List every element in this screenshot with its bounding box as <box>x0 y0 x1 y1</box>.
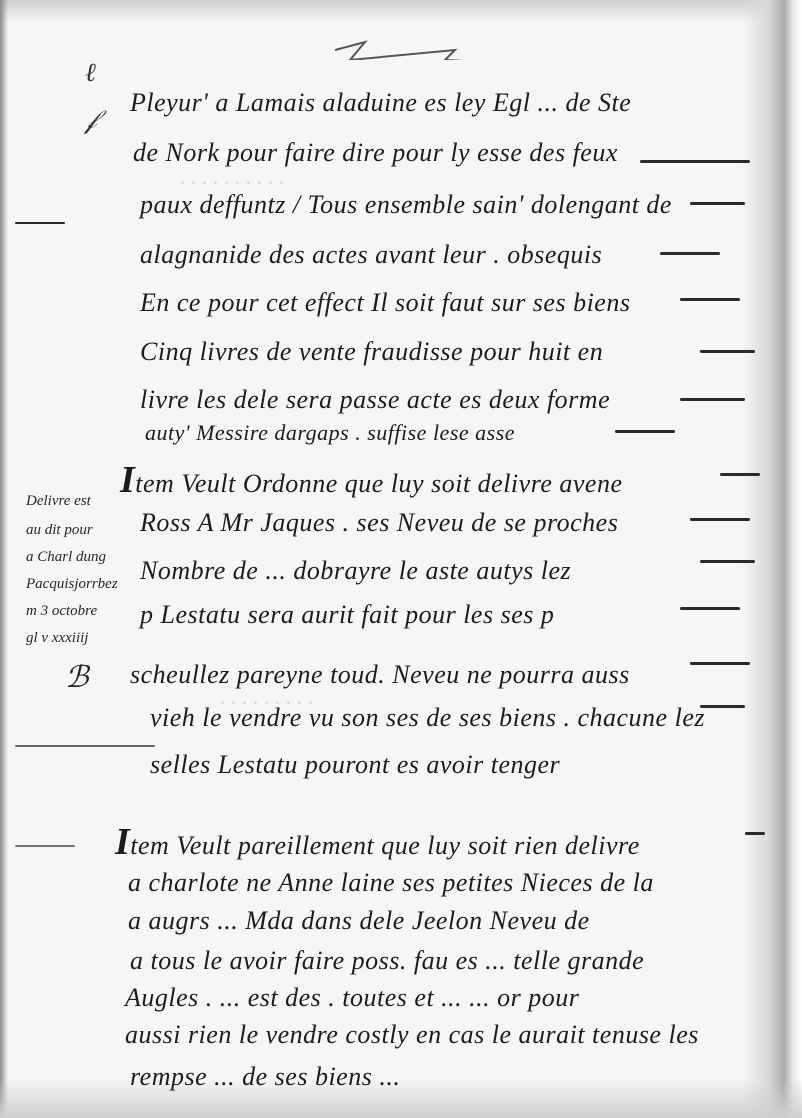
paper-top-edge <box>0 0 802 22</box>
line-filler-dash <box>690 662 750 665</box>
paper-binding-edge <box>742 0 802 1118</box>
text-line-15: selles Lestatu pouront es avoir tenger <box>150 750 560 780</box>
line-filler-dash <box>680 398 745 401</box>
text-line-1: Pleyur' a Lamais aladuine es ley Egl ...… <box>130 88 631 118</box>
margin-note-line-2: au dit pour <box>26 522 93 539</box>
line-filler-dash <box>680 607 740 610</box>
text-line-9-item: Item Veult Ordonne que luy soit delivre … <box>120 458 623 502</box>
text-line-11: Nombre de ... dobrayre le aste autys lez <box>140 556 571 586</box>
text-line-16-item: Item Veult pareillement que luy soit rie… <box>115 820 640 864</box>
paper-left-edge <box>0 0 8 1118</box>
pen-flourish: ℬ <box>65 660 89 695</box>
margin-mark: ℓ <box>85 58 96 88</box>
line-filler-dash <box>680 298 740 301</box>
line-filler-dash <box>700 350 755 353</box>
text-line-21: aussi rien le vendre costly en cas le au… <box>125 1020 699 1050</box>
text-line-7: livre les dele sera passe acte es deux f… <box>140 385 610 415</box>
text-line-3: paux deffuntz / Tous ensemble sain' dole… <box>140 190 672 220</box>
text-line-2: de Nork pour faire dire pour ly esse des… <box>133 138 618 168</box>
line-filler-dash <box>745 832 765 835</box>
manuscript-page: · · · · · · · · · · · · · · · · · · · ℓ … <box>0 0 802 1118</box>
line-filler-dash <box>690 518 750 521</box>
line-filler-dash <box>640 160 750 163</box>
text-line-12: p Lestatu sera aurit fait pour les ses p <box>140 600 554 630</box>
margin-note-line-4: Pacquisjorrbez <box>26 576 118 593</box>
line-filler-dash <box>700 705 745 708</box>
margin-mark: 𝒻 <box>85 105 97 136</box>
text-line-13: scheullez pareyne toud. Neveu ne pourra … <box>130 660 630 690</box>
pen-stroke-squiggle <box>335 30 505 60</box>
line-filler-dash <box>660 252 720 255</box>
line-filler-dash <box>720 473 760 476</box>
text-line-18: a augrs ... Mda dans dele Jeelon Neveu d… <box>128 906 590 936</box>
text-line-6: Cinq livres de vente fraudisse pour huit… <box>140 337 603 367</box>
text-line-4: alagnanide des actes avant leur . obsequ… <box>140 240 602 270</box>
margin-note-line-3: a Charl dung <box>26 549 106 566</box>
text-line-14: vieh le vendre vu son ses de ses biens .… <box>150 703 705 733</box>
line-filler-dash <box>690 202 745 205</box>
margin-note-line-6: gl v xxxiiij <box>26 630 88 647</box>
line-filler-dash <box>700 560 755 563</box>
text-line-17: a charlote ne Anne laine ses petites Nie… <box>128 868 654 898</box>
margin-rule <box>15 845 75 847</box>
text-line-19: a tous le avoir faire poss. fau es ... t… <box>130 946 644 976</box>
text-line-10: Ross A Mr Jaques . ses Neveu de se proch… <box>140 508 618 538</box>
margin-rule <box>15 222 65 224</box>
line-filler-dash <box>615 430 675 433</box>
text-line-20: Augles . ... est des . toutes et ... ...… <box>125 983 579 1013</box>
text-line-22: rempse ... de ses biens ... <box>130 1062 400 1092</box>
margin-rule <box>15 745 155 747</box>
text-line-8: auty' Messire dargaps . suffise lese ass… <box>145 420 515 446</box>
text-line-5: En ce pour cet effect Il soit faut sur s… <box>140 288 630 318</box>
margin-note-line-5: m 3 octobre <box>26 603 97 620</box>
paper-bottom-edge <box>0 1078 802 1118</box>
margin-note-line-1: Delivre est <box>26 493 91 510</box>
